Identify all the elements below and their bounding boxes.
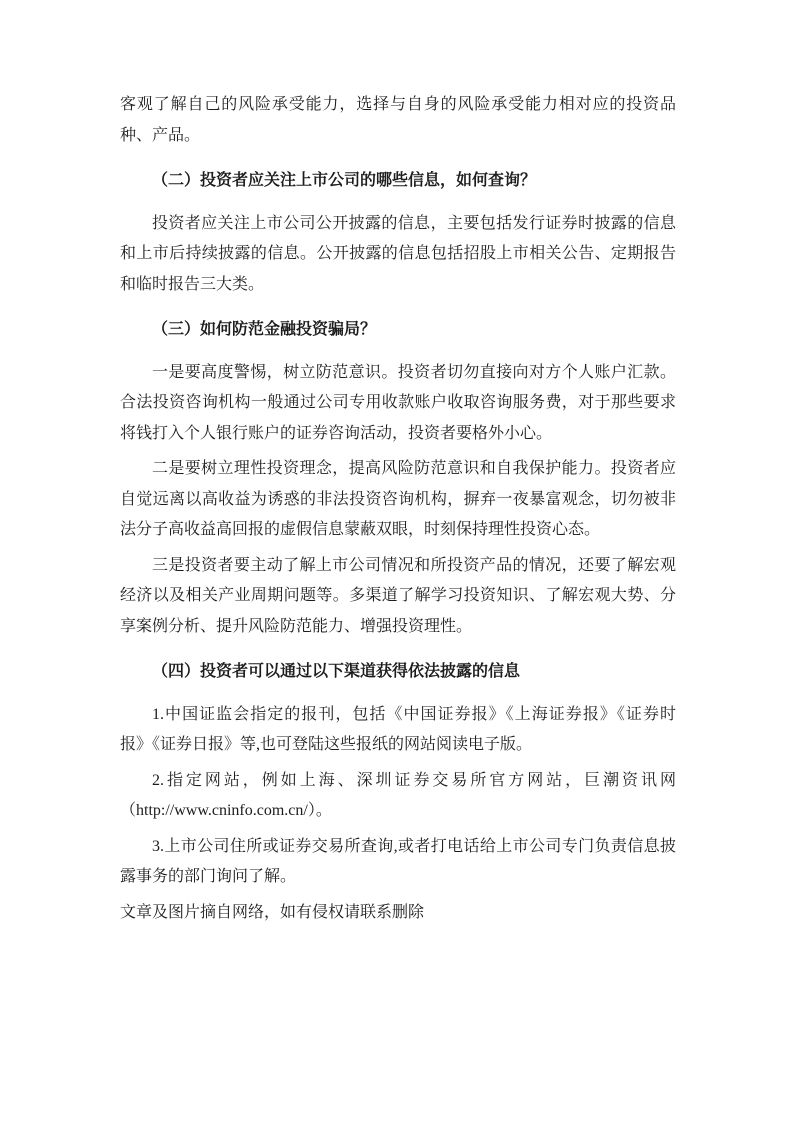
footer-attribution-note: 文章及图片摘自网络，如有侵权请联系删除	[120, 898, 676, 929]
section-heading-4: （四）投资者可以通过以下渠道获得依法披露的信息	[120, 657, 676, 688]
paragraph: 投资者应关注上市公司公开披露的信息，主要包括发行证券时披露的信息和上市后持续披露…	[120, 209, 676, 301]
numbered-item-3: 3.上市公司住所或证券交易所查询,或者打电话给上市公司专门负责信息披露事务的部门…	[120, 832, 676, 893]
intro-continuation-paragraph: 客观了解自己的风险承受能力，选择与自身的风险承受能力相对应的投资品种、产品。	[120, 90, 676, 151]
numbered-item-2: 2.指定网站，例如上海、深圳证券交易所官方网站，巨潮资讯网（http://www…	[120, 766, 676, 827]
paragraph: 二是要树立理性投资理念，提高风险防范意识和自我保护能力。投资者应自觉远离以高收益…	[120, 454, 676, 546]
section-heading-3: （三）如何防范金融投资骗局？	[120, 315, 676, 346]
paragraph: 一是要高度警惕，树立防范意识。投资者切勿直接向对方个人账户汇款。合法投资咨询机构…	[120, 358, 676, 450]
document-page: 客观了解自己的风险承受能力，选择与自身的风险承受能力相对应的投资品种、产品。 （…	[0, 0, 793, 1122]
numbered-item-1: 1.中国证监会指定的报刊，包括《中国证券报》《上海证券报》《证券时报》《证券日报…	[120, 700, 676, 761]
section-heading-2: （二）投资者应关注上市公司的哪些信息，如何查询？	[120, 166, 676, 197]
paragraph: 三是投资者要主动了解上市公司情况和所投资产品的情况，还要了解宏观经济以及相关产业…	[120, 551, 676, 643]
